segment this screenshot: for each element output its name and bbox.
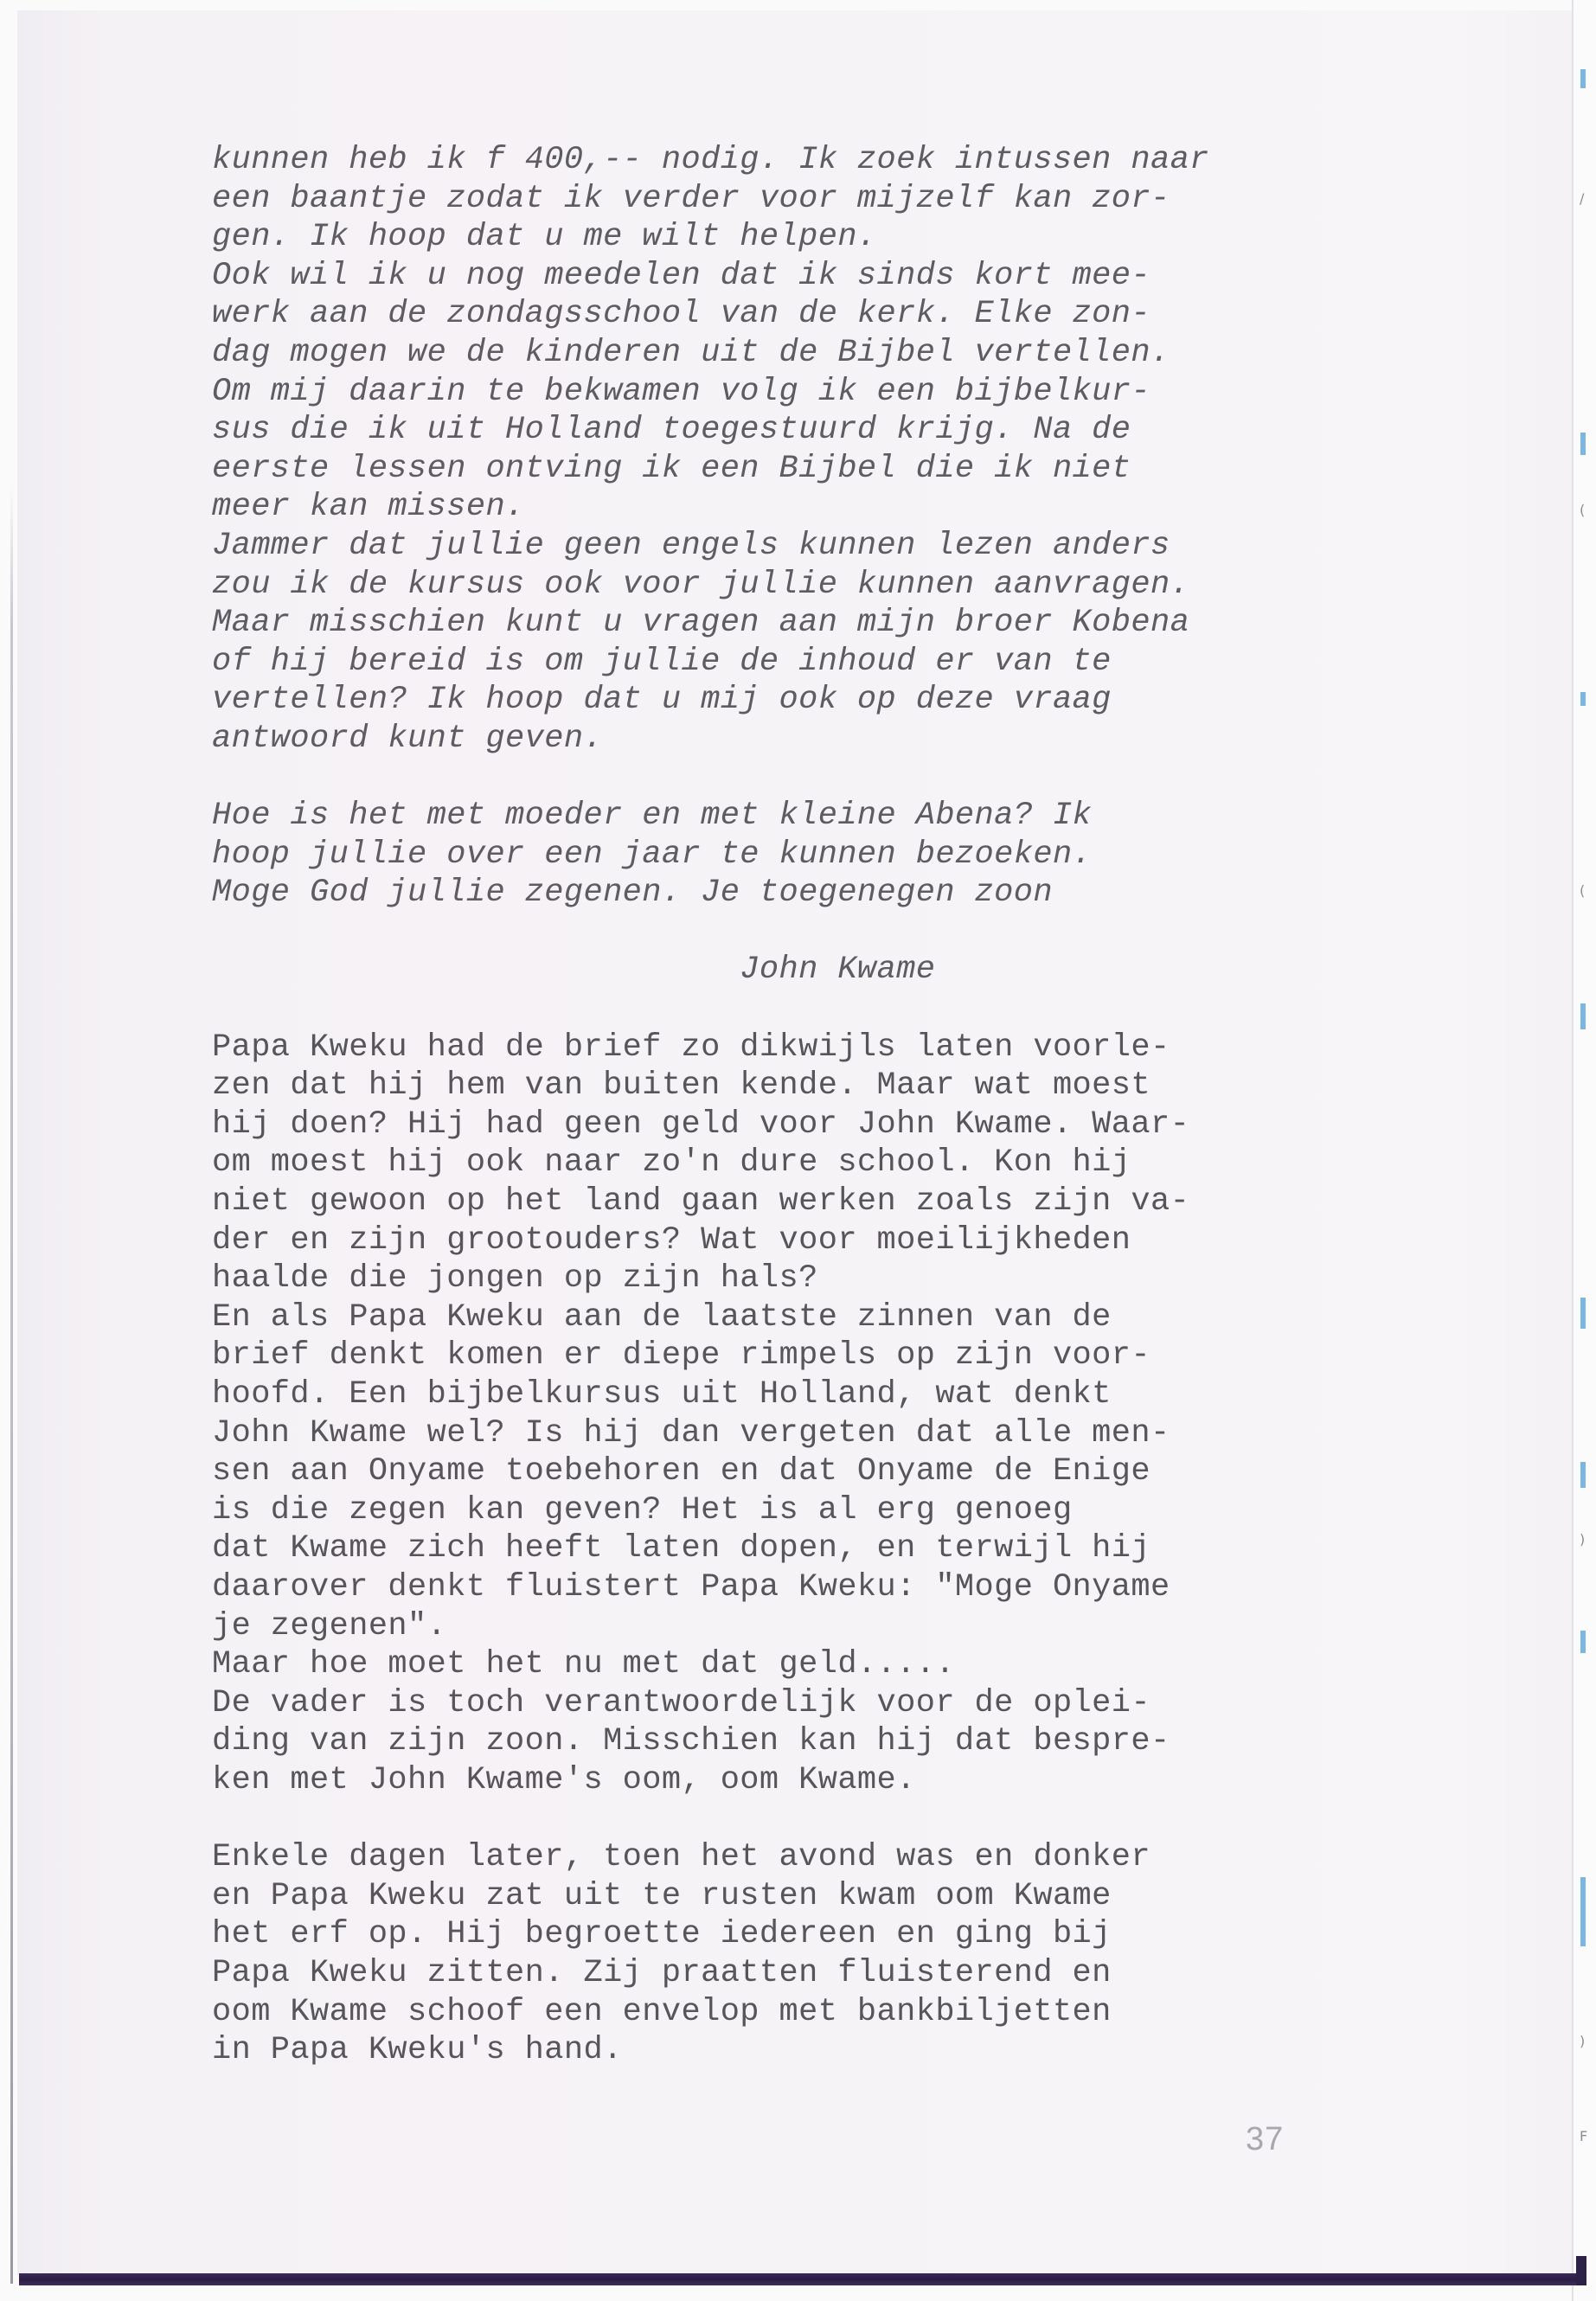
letter-line: vertellen? Ik hoop dat u mij ook op deze…: [212, 681, 1440, 720]
narrative-line: Papa Kweku had de brief zo dikwijls late…: [212, 1029, 1440, 1067]
narrative-line: En als Papa Kweku aan de laatste zinnen …: [212, 1298, 1440, 1337]
narrative-line: hoofd. Een bijbelkursus uit Holland, wat…: [212, 1375, 1440, 1414]
narrative-line: oom Kwame schoof een envelop met bankbil…: [212, 1993, 1440, 2032]
narrative-line: brief denkt komen er diepe rimpels op zi…: [212, 1336, 1440, 1375]
bleed-mark: [1580, 1462, 1586, 1488]
narrative-line: niet gewoon op het land gaan werken zoal…: [212, 1183, 1440, 1221]
narrative-line: Papa Kweku zitten. Zij praatten fluister…: [212, 1954, 1440, 1993]
narrative-line: sen aan Onyame toebehoren en dat Onyame …: [212, 1452, 1440, 1491]
narrative-line: daarover denkt fluistert Papa Kweku: "Mo…: [212, 1568, 1440, 1607]
narrative-line: haalde die jongen op zijn hals?: [212, 1259, 1440, 1298]
bleed-mark: [1580, 69, 1586, 88]
letter-line: Hoe is het met moeder en met kleine Aben…: [212, 797, 1440, 836]
narrative-line: Enkele dagen later, toen het avond was e…: [212, 1838, 1440, 1877]
bleed-glyph: F: [1580, 2128, 1587, 2144]
letter-line: dag mogen we de kinderen uit de Bijbel v…: [212, 334, 1440, 373]
letter-signature: John Kwame: [212, 951, 1440, 990]
letter-line: of hij bereid is om jullie de inhoud er …: [212, 643, 1440, 682]
page-text: kunnen heb ik f 400,-- nodig. Ik zoek in…: [212, 141, 1440, 2070]
narrative-line: in Papa Kweku's hand.: [212, 2031, 1440, 2070]
narrative-line: zen dat hij hem van buiten kende. Maar w…: [212, 1067, 1440, 1106]
bleed-mark: [1580, 692, 1586, 706]
letter-line: werk aan de zondagsschool van de kerk. E…: [212, 295, 1440, 334]
letter-line: Jammer dat jullie geen engels kunnen lez…: [212, 527, 1440, 566]
bleed-glyph: ): [1580, 2033, 1585, 2049]
narrative-line: dat Kwame zich heeft laten dopen, en ter…: [212, 1529, 1440, 1568]
bleed-mark: [1580, 1298, 1586, 1329]
bleed-mark: [1580, 1631, 1586, 1653]
letter-line: antwoord kunt geven.: [212, 720, 1440, 759]
narrative-line: je zegenen".: [212, 1607, 1440, 1646]
narrative-line: Maar hoe moet het nu met dat geld.....: [212, 1645, 1440, 1684]
narrative-line: hij doen? Hij had geen geld voor John Kw…: [212, 1106, 1440, 1144]
bleed-mark: [1580, 1877, 1586, 1946]
bleed-glyph: /: [1580, 190, 1584, 207]
narrative-line: en Papa Kweku zat uit te rusten kwam oom…: [212, 1877, 1440, 1916]
bleed-mark: [1580, 1003, 1586, 1029]
letter-line: Moge God jullie zegenen. Je toegenegen z…: [212, 874, 1440, 913]
blank-line: [212, 990, 1440, 1029]
narrative-line: John Kwame wel? Is hij dan vergeten dat …: [212, 1414, 1440, 1453]
bleed-mark: [1580, 433, 1586, 455]
letter-line: Om mij daarin te bekwamen volg ik een bi…: [212, 373, 1440, 412]
letter-line: zou ik de kursus ook voor jullie kunnen …: [212, 566, 1440, 605]
letter-line: Maar misschien kunt u vragen aan mijn br…: [212, 604, 1440, 643]
narrative-line: De vader is toch verantwoordelijk voor d…: [212, 1684, 1440, 1723]
letter-line: meer kan missen.: [212, 488, 1440, 527]
bleed-glyph: (: [1580, 502, 1585, 518]
letter-line: gen. Ik hoop dat u me wilt helpen.: [212, 218, 1440, 257]
letter-line: Ook wil ik u nog meedelen dat ik sinds k…: [212, 257, 1440, 296]
letter-line: eerste lessen ontving ik een Bijbel die …: [212, 450, 1440, 489]
book-binding-corner: [1576, 2256, 1586, 2285]
letter-line: kunnen heb ik f 400,-- nodig. Ik zoek in…: [212, 141, 1440, 180]
narrative-line: der en zijn grootouders? Wat voor moeili…: [212, 1221, 1440, 1260]
narrative-line: is die zegen kan geven? Het is al erg ge…: [212, 1491, 1440, 1530]
page-left-edge: [10, 484, 13, 2284]
blank-line: [212, 913, 1440, 952]
next-page-edge: / ( ( ) ) F: [1572, 0, 1596, 2301]
letter-line: een baantje zodat ik verder voor mijzelf…: [212, 180, 1440, 219]
narrative-line: het erf op. Hij begroette iedereen en gi…: [212, 1915, 1440, 1954]
letter-line: sus die ik uit Holland toegestuurd krijg…: [212, 411, 1440, 450]
bleed-glyph: (: [1580, 882, 1585, 899]
page-number: 37: [1246, 2121, 1284, 2158]
narrative-line: ken met John Kwame's oom, oom Kwame.: [212, 1761, 1440, 1800]
bleed-glyph: ): [1580, 1531, 1585, 1548]
narrative-line: ding van zijn zoon. Misschien kan hij da…: [212, 1722, 1440, 1761]
blank-line: [212, 759, 1440, 798]
letter-line: hoop jullie over een jaar te kunnen bezo…: [212, 836, 1440, 875]
blank-line: [212, 1800, 1440, 1839]
book-binding-edge: [19, 2273, 1586, 2285]
narrative-line: om moest hij ook naar zo'n dure school. …: [212, 1144, 1440, 1183]
